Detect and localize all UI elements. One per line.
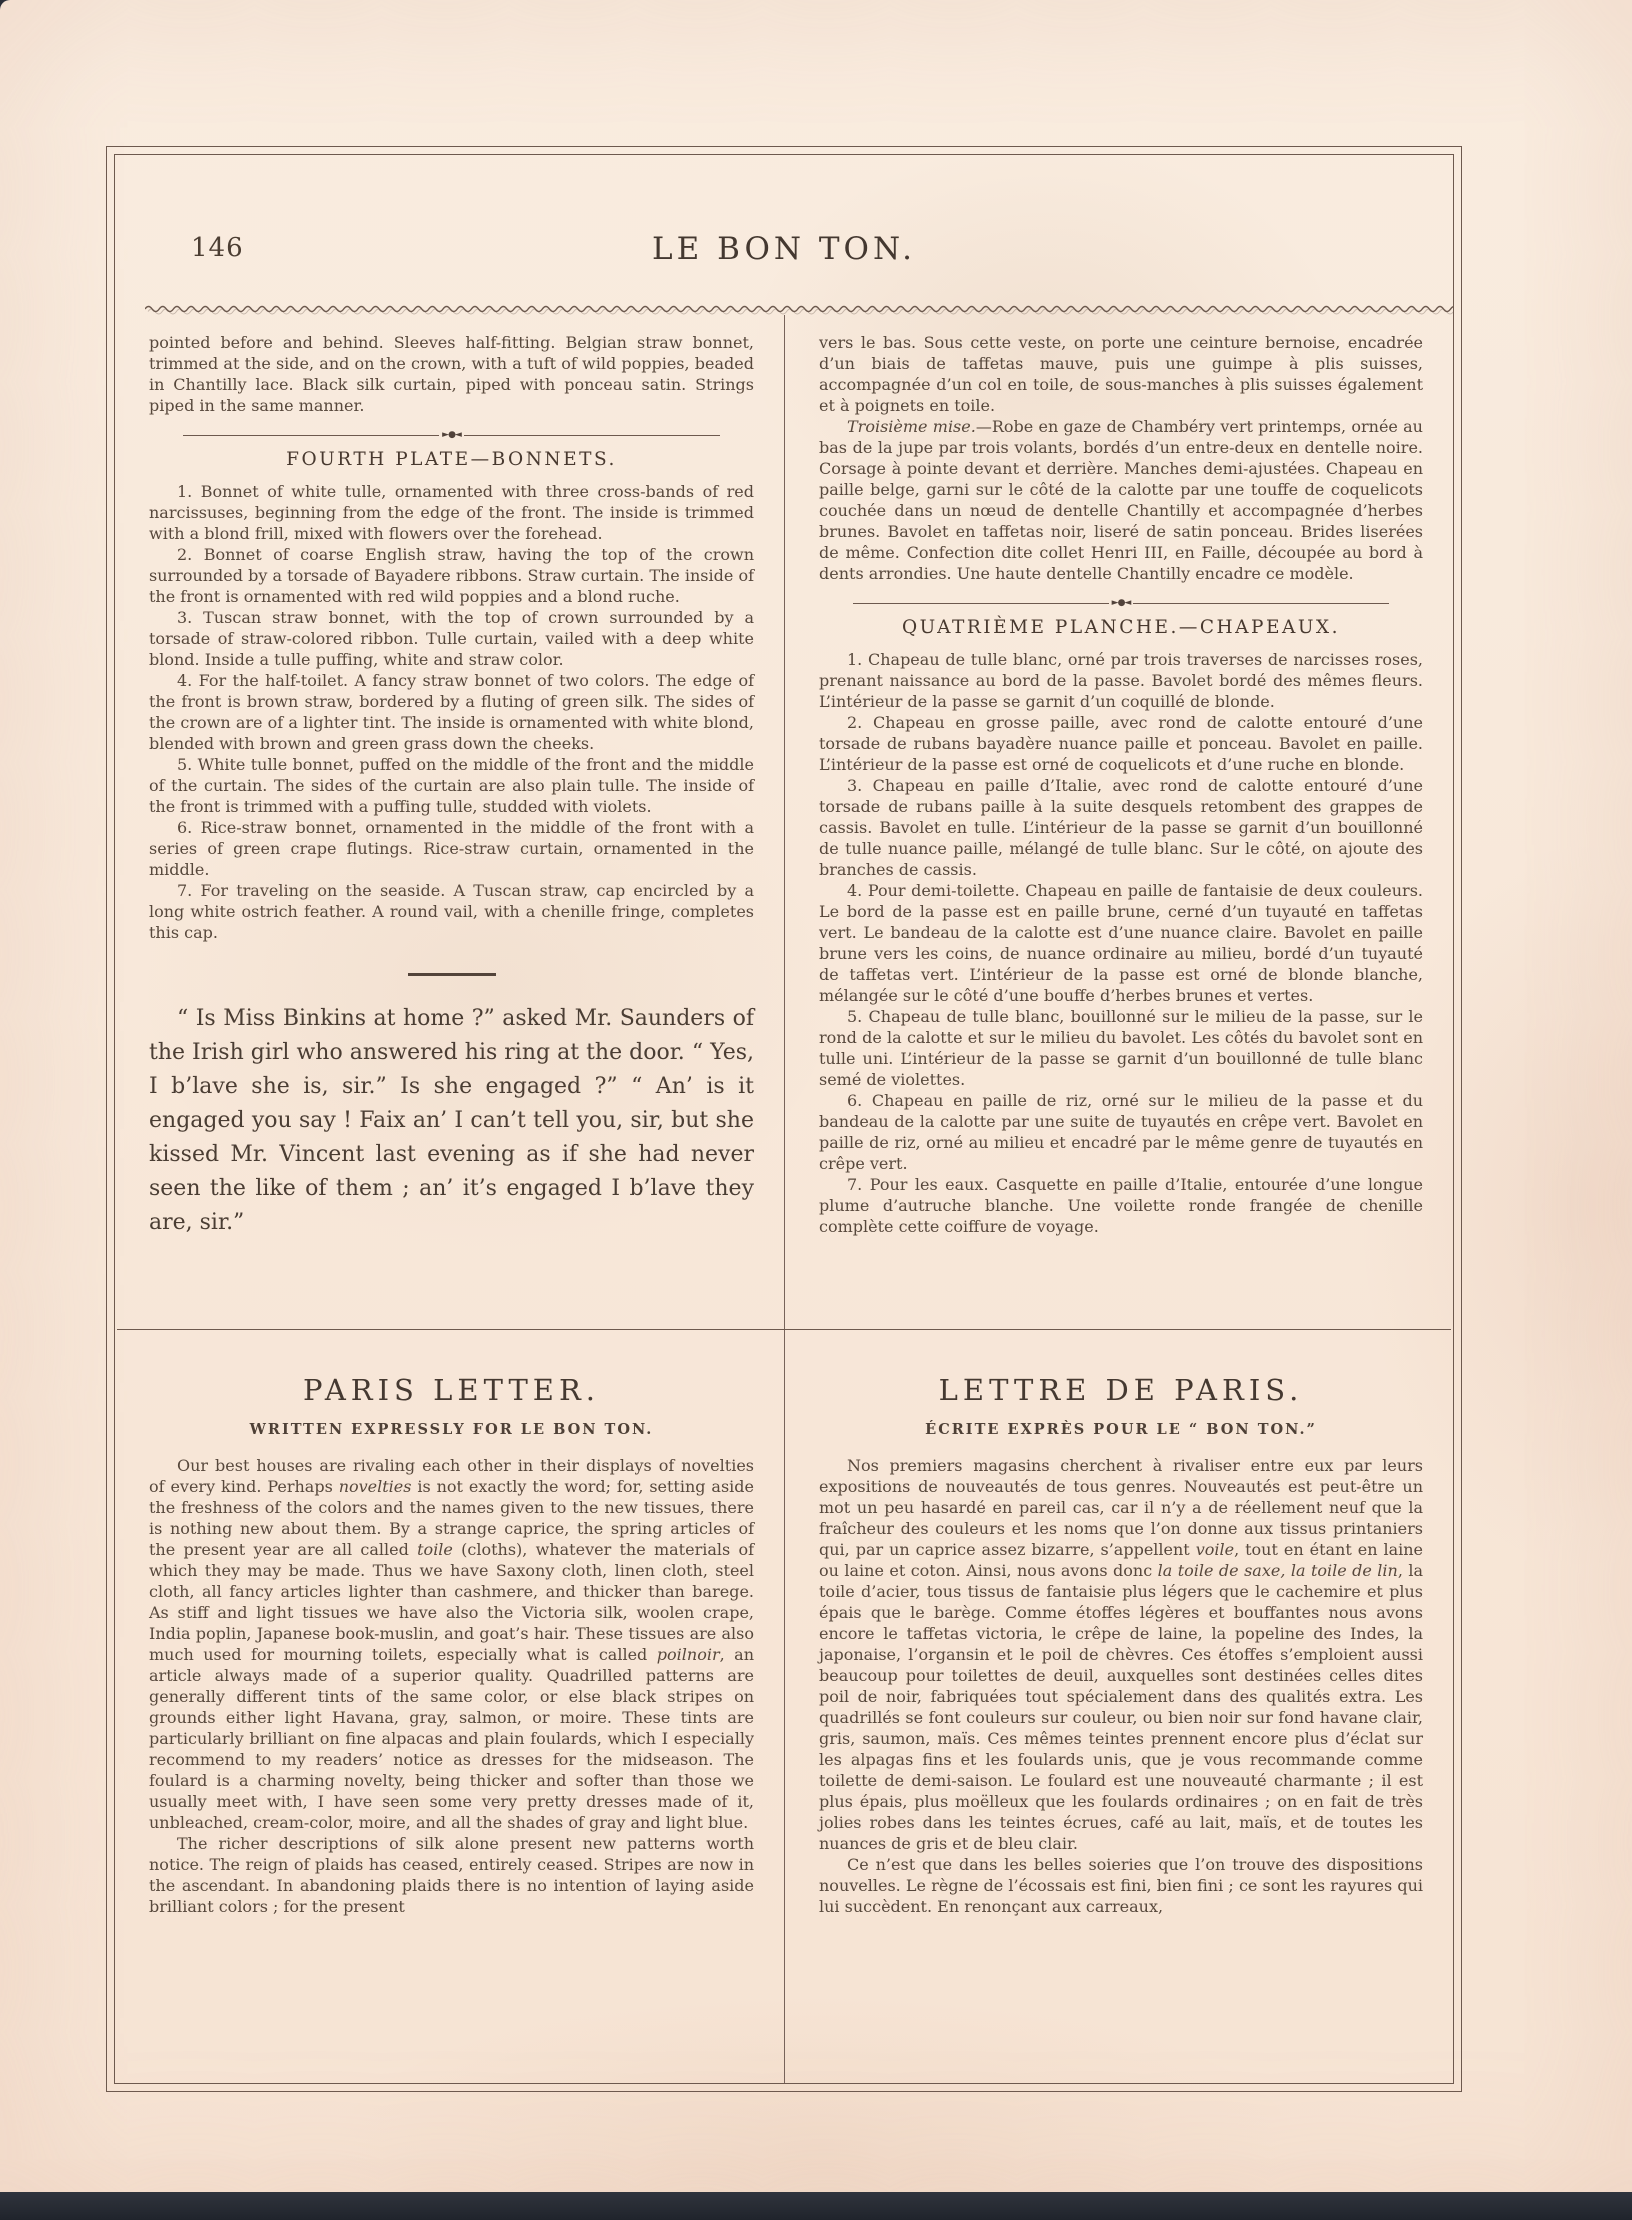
- anecdote-paragraph: “ Is Miss Binkins at home ?” asked Mr. S…: [149, 1002, 754, 1240]
- left-column-bottom: PARIS LETTER. WRITTEN EXPRESSLY FOR LE B…: [115, 1330, 784, 2083]
- ornament-divider: ►●◄: [853, 599, 1389, 608]
- paris-letter-subheading: WRITTEN EXPRESSLY FOR LE BON TON.: [149, 1421, 754, 1438]
- ornament-dot-icon: ►●◄: [1109, 599, 1134, 608]
- chapeau-item-5: 5. Chapeau de tulle blanc, bouillonné su…: [819, 1006, 1423, 1090]
- bonnet-item-3: 3. Tuscan straw bonnet, with the top of …: [149, 607, 754, 670]
- continuation-paragraph-fr: vers le bas. Sous cette veste, on porte …: [819, 332, 1423, 416]
- bottom-section: PARIS LETTER. WRITTEN EXPRESSLY FOR LE B…: [115, 1330, 1453, 2083]
- chapeau-item-6: 6. Chapeau en paille de riz, orné sur le…: [819, 1090, 1423, 1174]
- paris-letter-paragraph-1: Our best houses are rivaling each other …: [149, 1455, 754, 1833]
- plate-heading-en: FOURTH PLATE—BONNETS.: [149, 449, 754, 470]
- paris-letter-heading: PARIS LETTER.: [149, 1373, 754, 1407]
- bonnet-item-4: 4. For the half-toilet. A fancy straw bo…: [149, 670, 754, 754]
- lettre-de-paris-heading: LETTRE DE PARIS.: [819, 1373, 1423, 1407]
- page-frame-inner: 146 LE BON TON. pointed before and behin…: [114, 154, 1454, 2084]
- lettre-de-paris-paragraph-2: Ce n’est que dans les belles soieries qu…: [819, 1854, 1423, 1917]
- top-section: pointed before and behind. Sleeves half-…: [115, 315, 1453, 1329]
- continuation-paragraph-en: pointed before and behind. Sleeves half-…: [149, 332, 754, 416]
- bonnet-item-1: 1. Bonnet of white tulle, ornamented wit…: [149, 481, 754, 544]
- page-header: 146 LE BON TON.: [115, 155, 1453, 303]
- chapeau-item-4: 4. Pour demi-toilette. Chapeau en paille…: [819, 880, 1423, 1006]
- bonnet-item-7: 7. For traveling on the seaside. A Tusca…: [149, 880, 754, 943]
- right-column-bottom: LETTRE DE PARIS. ÉCRITE EXPRÈS POUR LE “…: [784, 1330, 1453, 2083]
- lettre-de-paris-subheading: ÉCRITE EXPRÈS POUR LE “ BON TON.”: [819, 1421, 1423, 1438]
- chapeau-item-2: 2. Chapeau en grosse paille, avec rond d…: [819, 712, 1423, 775]
- right-column-top: vers le bas. Sous cette veste, on porte …: [784, 315, 1453, 1329]
- ornament-divider: ►●◄: [183, 431, 720, 440]
- masthead-title: LE BON TON.: [115, 231, 1453, 267]
- magazine-page-scan: 146 LE BON TON. pointed before and behin…: [0, 0, 1632, 2220]
- chapeau-item-3: 3. Chapeau en paille d’Italie, avec rond…: [819, 775, 1423, 880]
- scan-background-band: [0, 2192, 1632, 2220]
- wavy-rule: [145, 303, 1454, 315]
- left-column-top: pointed before and behind. Sleeves half-…: [115, 315, 784, 1329]
- ornament-dot-icon: ►●◄: [439, 431, 464, 440]
- plate-heading-fr: QUATRIÈME PLANCHE.—CHAPEAUX.: [819, 617, 1423, 638]
- lettre-de-paris-paragraph-1: Nos premiers magasins cherchent à rivali…: [819, 1455, 1423, 1854]
- troisieme-mise-paragraph: Troisième mise.—Robe en gaze de Chambéry…: [819, 416, 1423, 584]
- paris-letter-paragraph-2: The richer descriptions of silk alone pr…: [149, 1833, 754, 1917]
- bonnet-item-2: 2. Bonnet of coarse English straw, havin…: [149, 544, 754, 607]
- page-frame: 146 LE BON TON. pointed before and behin…: [106, 146, 1462, 2092]
- short-rule: [408, 973, 496, 976]
- bonnet-item-5: 5. White tulle bonnet, puffed on the mid…: [149, 754, 754, 817]
- bonnet-item-6: 6. Rice-straw bonnet, ornamented in the …: [149, 817, 754, 880]
- chapeau-item-1: 1. Chapeau de tulle blanc, orné par troi…: [819, 649, 1423, 712]
- chapeau-item-7: 7. Pour les eaux. Casquette en paille d’…: [819, 1174, 1423, 1237]
